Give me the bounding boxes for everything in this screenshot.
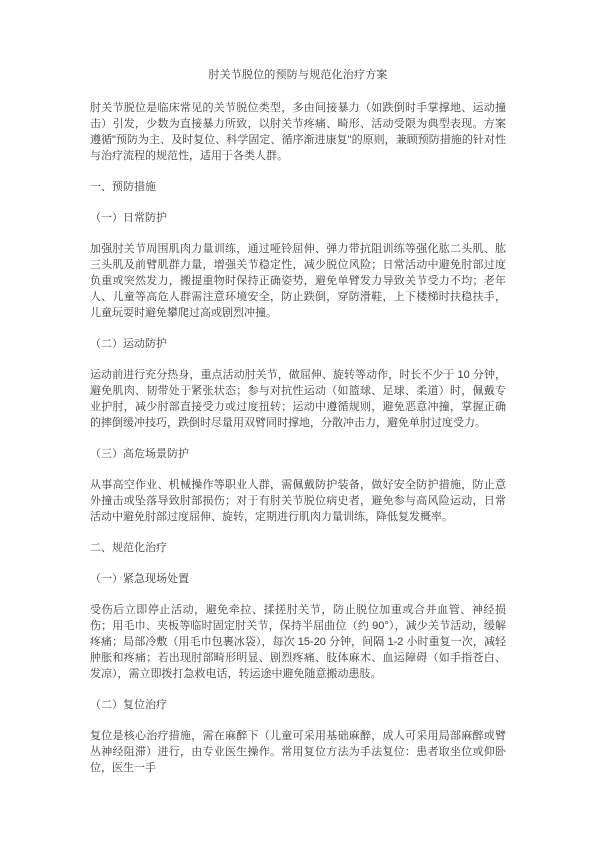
section-heading-standardized-treatment: 二、规范化治疗 — [90, 540, 506, 556]
document-page: 肘关节脱位的预防与规范化治疗方案 肘关节脱位是临床常见的关节脱位类型，多由间接暴… — [0, 0, 595, 841]
subsection-heading-reduction-treatment: （二）复位治疗 — [90, 697, 506, 713]
section-heading-prevention: 一、预防措施 — [90, 179, 506, 195]
intro-paragraph: 肘关节脱位是临床常见的关节脱位类型，多由间接暴力（如跌倒时手掌撑地、运动撞击）引… — [90, 100, 506, 164]
paragraph-daily-protection: 加强肘关节周围肌肉力量训练，通过哑铃屈伸、弹力带抗阻训练等强化肱二头肌、肱三头肌… — [90, 241, 506, 321]
paragraph-reduction-treatment: 复位是核心治疗措施，需在麻醉下（儿童可采用基础麻醉，成人可采用局部麻醉或臂丛神经… — [90, 728, 506, 776]
paragraph-sports-protection: 运动前进行充分热身，重点活动肘关节，做屈伸、旋转等动作，时长不少于 10 分钟，… — [90, 367, 506, 431]
subsection-heading-sports-protection: （二）运动防护 — [90, 336, 506, 352]
subsection-heading-emergency-handling: （一）紧急现场处置 — [90, 571, 506, 587]
subsection-heading-high-risk-protection: （三）高危场景防护 — [90, 446, 506, 462]
document-title: 肘关节脱位的预防与规范化治疗方案 — [90, 67, 506, 83]
paragraph-high-risk-protection: 从事高空作业、机械操作等职业人群，需佩戴防护装备，做好安全防护措施，防止意外撞击… — [90, 477, 506, 525]
paragraph-emergency-handling: 受伤后立即停止活动，避免牵拉、揉搓肘关节，防止脱位加重或合并血管、神经损伤；用毛… — [90, 602, 506, 682]
subsection-heading-daily-protection: （一）日常防护 — [90, 210, 506, 226]
